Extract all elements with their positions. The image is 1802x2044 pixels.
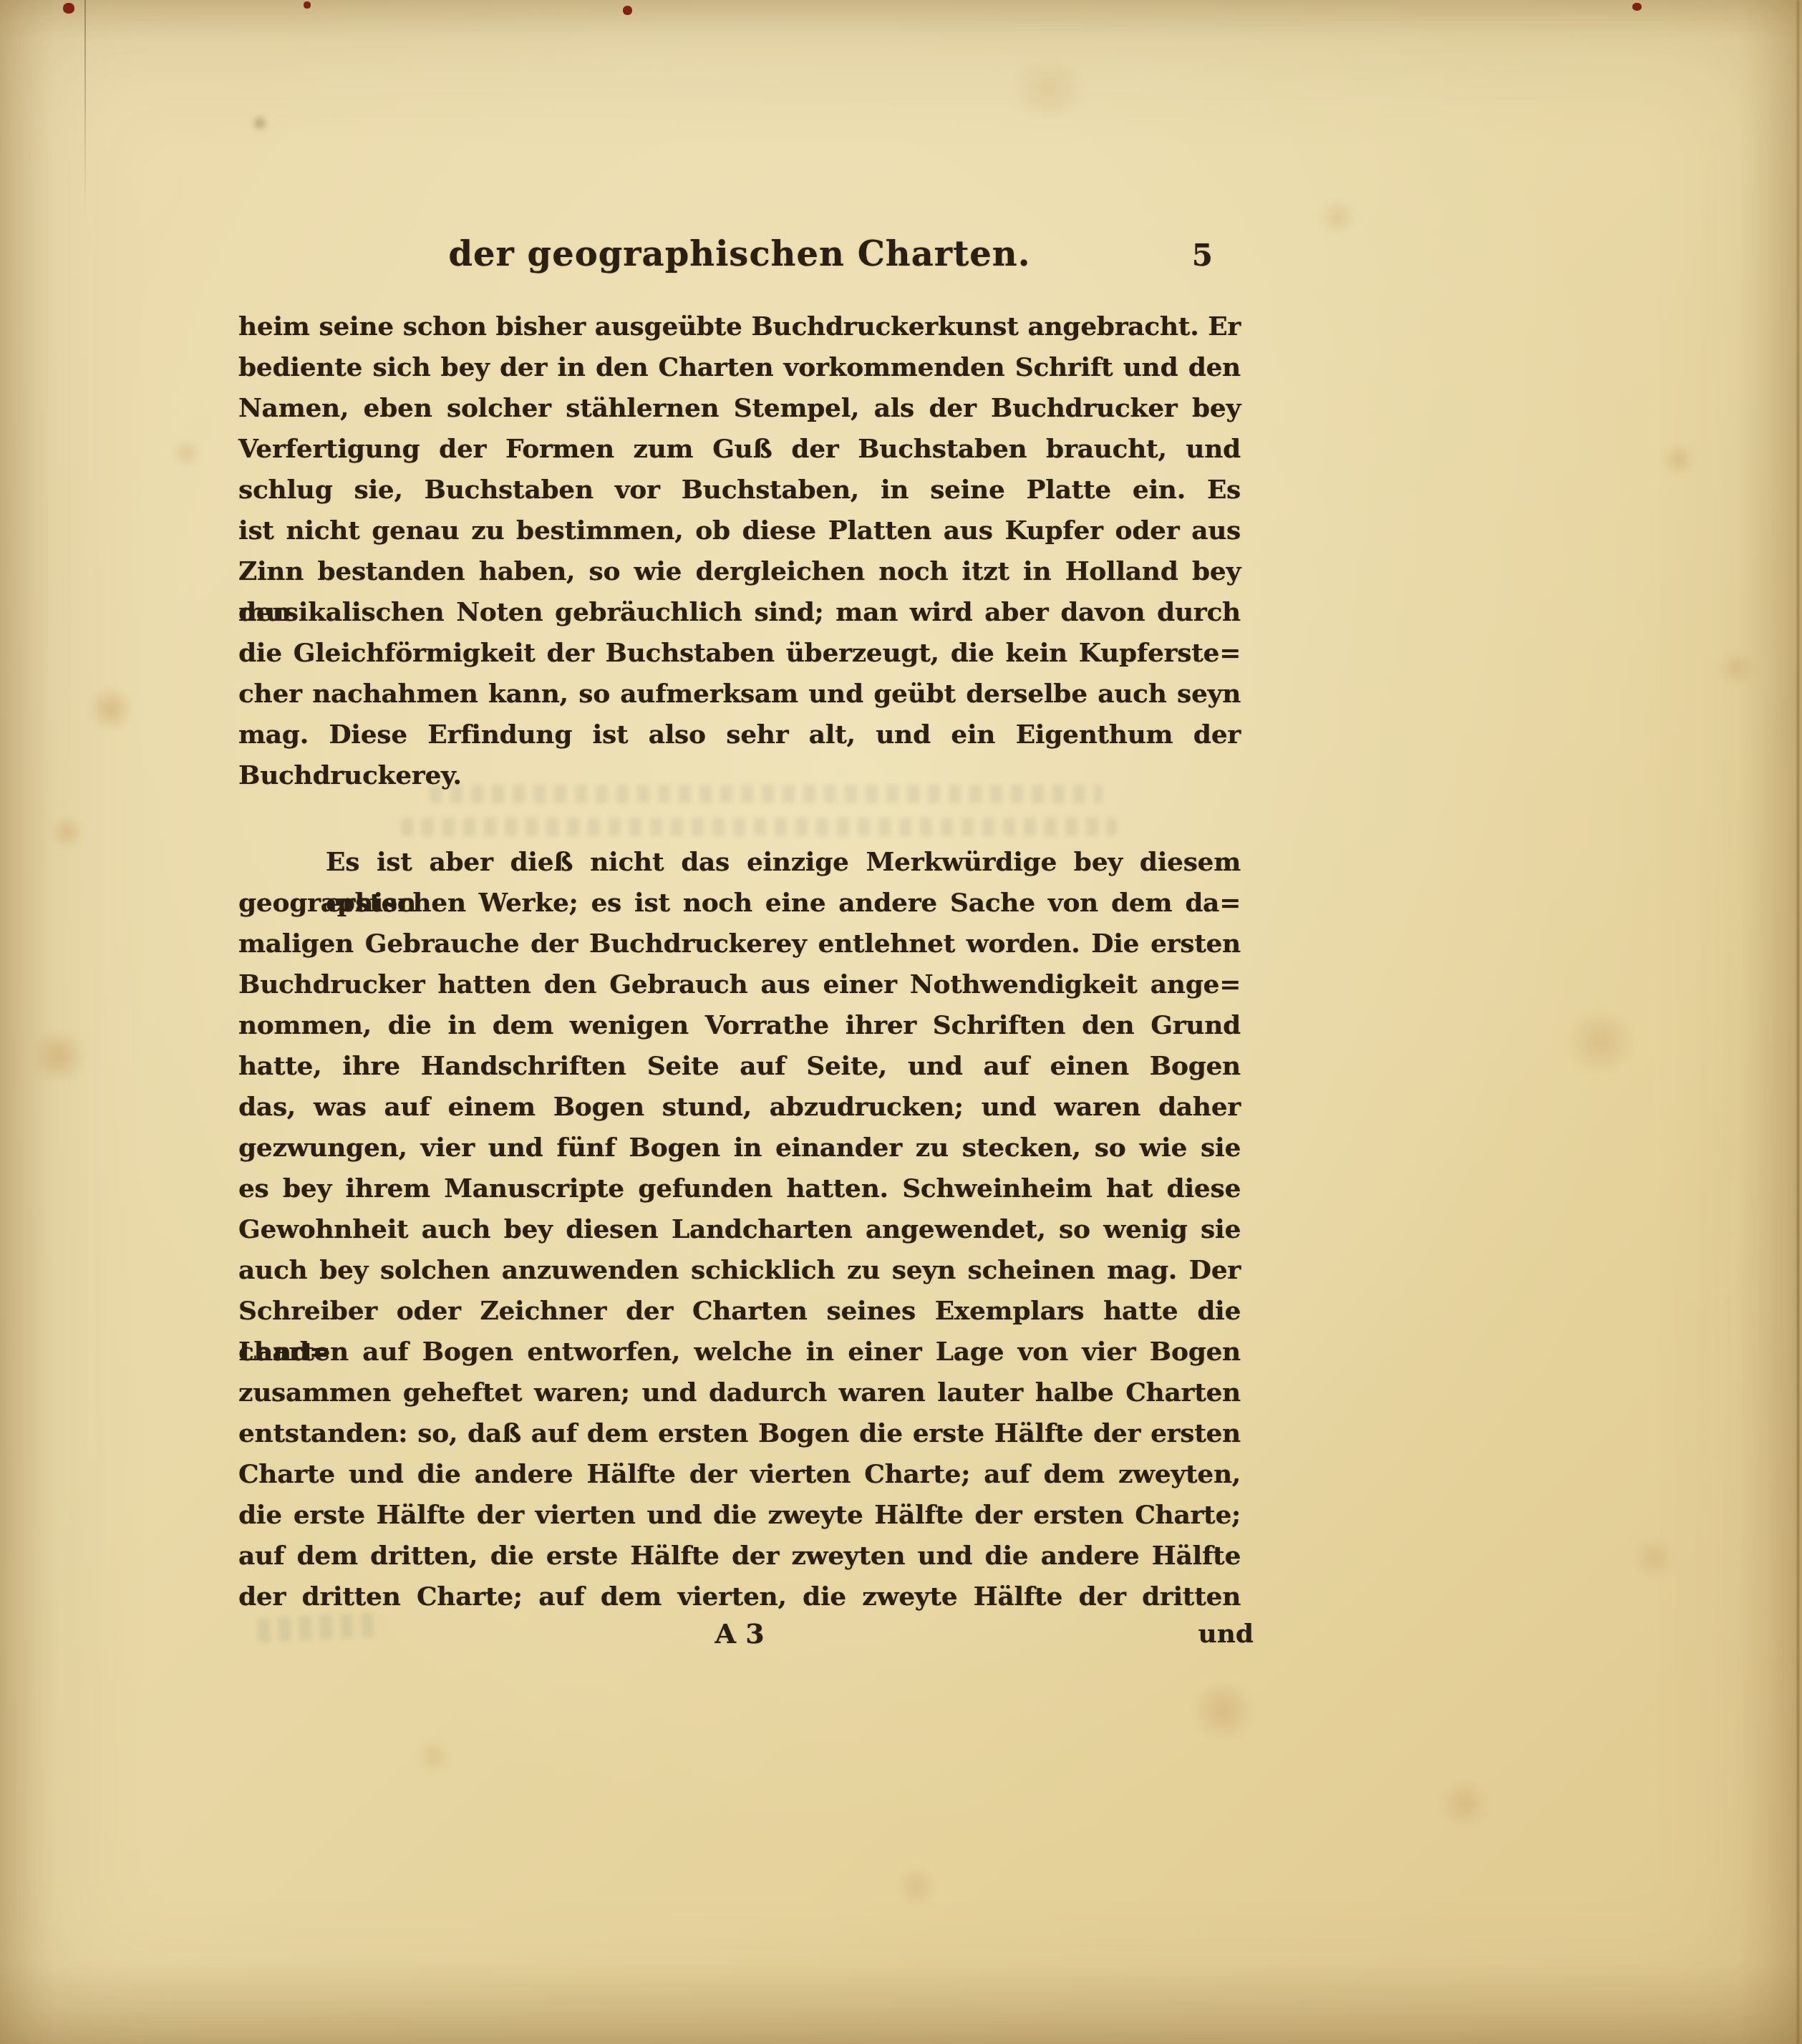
foxing-spot: [1661, 444, 1697, 475]
text-line: Namen, eben solcher stählernen Stempel, …: [238, 388, 1241, 429]
red-edge-mark: [304, 1, 311, 9]
text-line: entstanden: so, daß auf dem ersten Bogen…: [238, 1413, 1241, 1454]
foxing-spot: [895, 1869, 938, 1904]
text-line: nommen, die in dem wenigen Vorrathe ihre…: [238, 1005, 1241, 1046]
page-edge-line: [1797, 0, 1799, 2044]
text-line: Es ist aber dieß nicht das einzige Merkw…: [238, 842, 1241, 883]
footer-line: A 3 und: [238, 1612, 1241, 1655]
text-line: der dritten Charte; auf dem vierten, die…: [238, 1576, 1241, 1617]
foxing-spot: [1188, 1682, 1257, 1738]
text-line: ist nicht genau zu bestimmen, ob diese P…: [238, 510, 1241, 551]
foxing-spot: [252, 116, 268, 130]
foxing-spot: [50, 816, 84, 848]
text-line: auch bey solchen anzuwenden schicklich z…: [238, 1250, 1241, 1291]
foxing-spot: [172, 440, 202, 466]
text-line: es bey ihrem Manuscripte gefunden hatten…: [238, 1168, 1241, 1209]
catchword: und: [1198, 1612, 1254, 1655]
paper-crease-line: [84, 0, 86, 215]
text-line: Schreiber oder Zeichner der Charten sein…: [238, 1291, 1241, 1332]
text-line: die erste Hälfte der vierten und die zwe…: [238, 1495, 1241, 1536]
text-line: das, was auf einem Bogen stund, abzudruc…: [238, 1087, 1241, 1128]
page-number: 5: [1192, 229, 1214, 282]
text-line: charten auf Bogen entworfen, welche in e…: [238, 1332, 1241, 1372]
text-line: die Gleichförmigkeit der Buchstaben über…: [238, 633, 1241, 674]
text-line: Zinn bestanden haben, so wie dergleichen…: [238, 551, 1241, 592]
text-line: Buchdruckerey.: [238, 755, 1241, 796]
text-line: Charte und die andere Hälfte der vierten…: [238, 1454, 1241, 1495]
red-edge-mark: [63, 3, 74, 14]
foxing-spot: [1002, 64, 1095, 115]
foxing-spot: [1439, 1783, 1491, 1826]
foxing-spot: [29, 1031, 89, 1081]
text-line: schlug sie, Buchstaben vor Buchstaben, i…: [238, 470, 1241, 510]
text-line: zusammen geheftet waren; und dadurch war…: [238, 1372, 1241, 1413]
foxing-spot: [1561, 1009, 1639, 1074]
running-title: der geographischen Charten.: [449, 234, 1031, 274]
text-line: Gewohnheit auch bey diesen Landcharten a…: [238, 1209, 1241, 1250]
text-line: musikalischen Noten gebräuchlich sind; m…: [238, 592, 1241, 633]
bleedthrough-ghost: [401, 818, 1117, 836]
foxing-spot: [415, 1740, 452, 1773]
text-line: auf dem dritten, die erste Hälfte der zw…: [238, 1536, 1241, 1576]
text-line: geographischen Werke; es ist noch eine a…: [238, 883, 1241, 924]
foxing-spot: [1632, 1539, 1675, 1576]
paragraph-2: Es ist aber dieß nicht das einzige Merkw…: [238, 842, 1241, 1617]
text-line: mag. Diese Erfindung ist also sehr alt, …: [238, 715, 1241, 755]
paragraph-1: heim seine schon bisher ausgeübte Buchdr…: [238, 306, 1241, 796]
gathering-signature: A 3: [238, 1612, 1241, 1655]
text-line: gezwungen, vier und fünf Bogen in einand…: [238, 1128, 1241, 1168]
book-page-scan: der geographischen Charten. 5 heim seine…: [0, 0, 1802, 2044]
foxing-spot: [86, 687, 136, 730]
running-head: der geographischen Charten. 5: [238, 228, 1241, 281]
text-line: maligen Gebrauche der Buchdruckerey entl…: [238, 924, 1241, 964]
foxing-spot: [1317, 200, 1357, 233]
text-line: Buchdrucker hatten den Gebrauch aus eine…: [238, 964, 1241, 1005]
text-line: Verfertigung der Formen zum Guß der Buch…: [238, 429, 1241, 470]
foxing-spot: [1718, 652, 1754, 684]
text-line: heim seine schon bisher ausgeübte Buchdr…: [238, 306, 1241, 347]
text-line: cher nachahmen kann, so aufmerksam und g…: [238, 674, 1241, 715]
red-edge-mark: [623, 6, 632, 15]
text-line: hatte, ihre Handschriften Seite auf Seit…: [238, 1046, 1241, 1087]
red-edge-mark: [1632, 3, 1642, 11]
text-line: bediente sich bey der in den Charten vor…: [238, 347, 1241, 388]
